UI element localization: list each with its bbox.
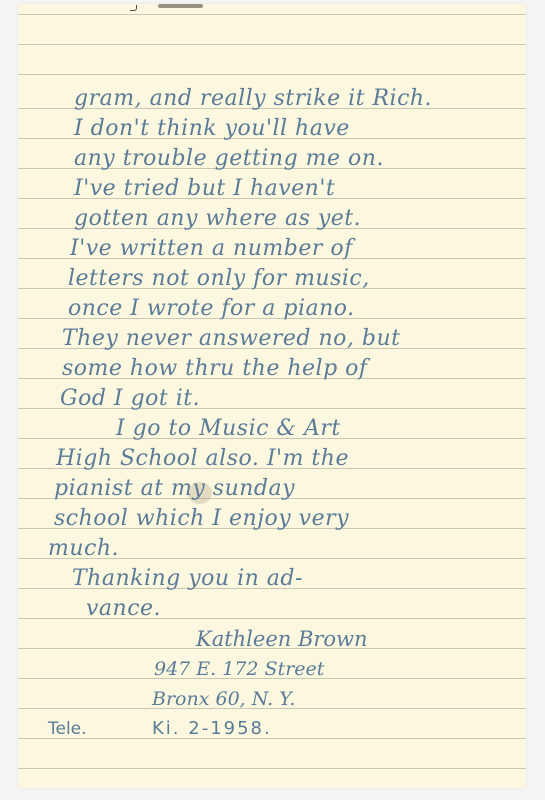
letter-line-9: They never answered no, but [62, 324, 400, 354]
letter-line-16: much. [48, 534, 119, 564]
letter-line-13: High School also. I'm the [56, 444, 349, 474]
signature-address-line1: 947 E. 172 Street [154, 654, 324, 684]
letter-line-12: I go to Music & Art [116, 414, 341, 444]
letter-line-11: God I got it. [60, 384, 200, 414]
letter-line-17: Thanking you in ad- [72, 564, 303, 594]
letter-line-8: once I wrote for a piano. [68, 294, 355, 324]
letter-line-14: pianist at my sunday [54, 474, 295, 504]
letter-line-3: any trouble getting me on. [74, 144, 384, 174]
letter-line-6: I've written a number of [70, 234, 353, 264]
ink-mark [130, 5, 137, 11]
letter-page: gram, and really strike it Rich. I don't… [18, 4, 526, 788]
letter-line-18: vance. [86, 594, 161, 624]
signature-name: Kathleen Brown [196, 624, 368, 654]
torn-top-mark [158, 4, 203, 8]
letter-line-5: gotten any where as yet. [74, 204, 361, 234]
letter-line-15: school which I enjoy very [54, 504, 349, 534]
letter-line-1: gram, and really strike it Rich. [74, 84, 432, 114]
letter-line-2: I don't think you'll have [74, 114, 350, 144]
letter-line-7: letters not only for music, [68, 264, 370, 294]
phone-number: Ki. 2-1958. [152, 714, 272, 744]
signature-address-line2: Bronx 60, N. Y. [152, 684, 295, 714]
paper-top-edge [18, 4, 526, 8]
phone-label: Tele. [48, 714, 87, 744]
letter-line-10: some how thru the help of [62, 354, 368, 384]
letter-line-4: I've tried but I haven't [74, 174, 335, 204]
